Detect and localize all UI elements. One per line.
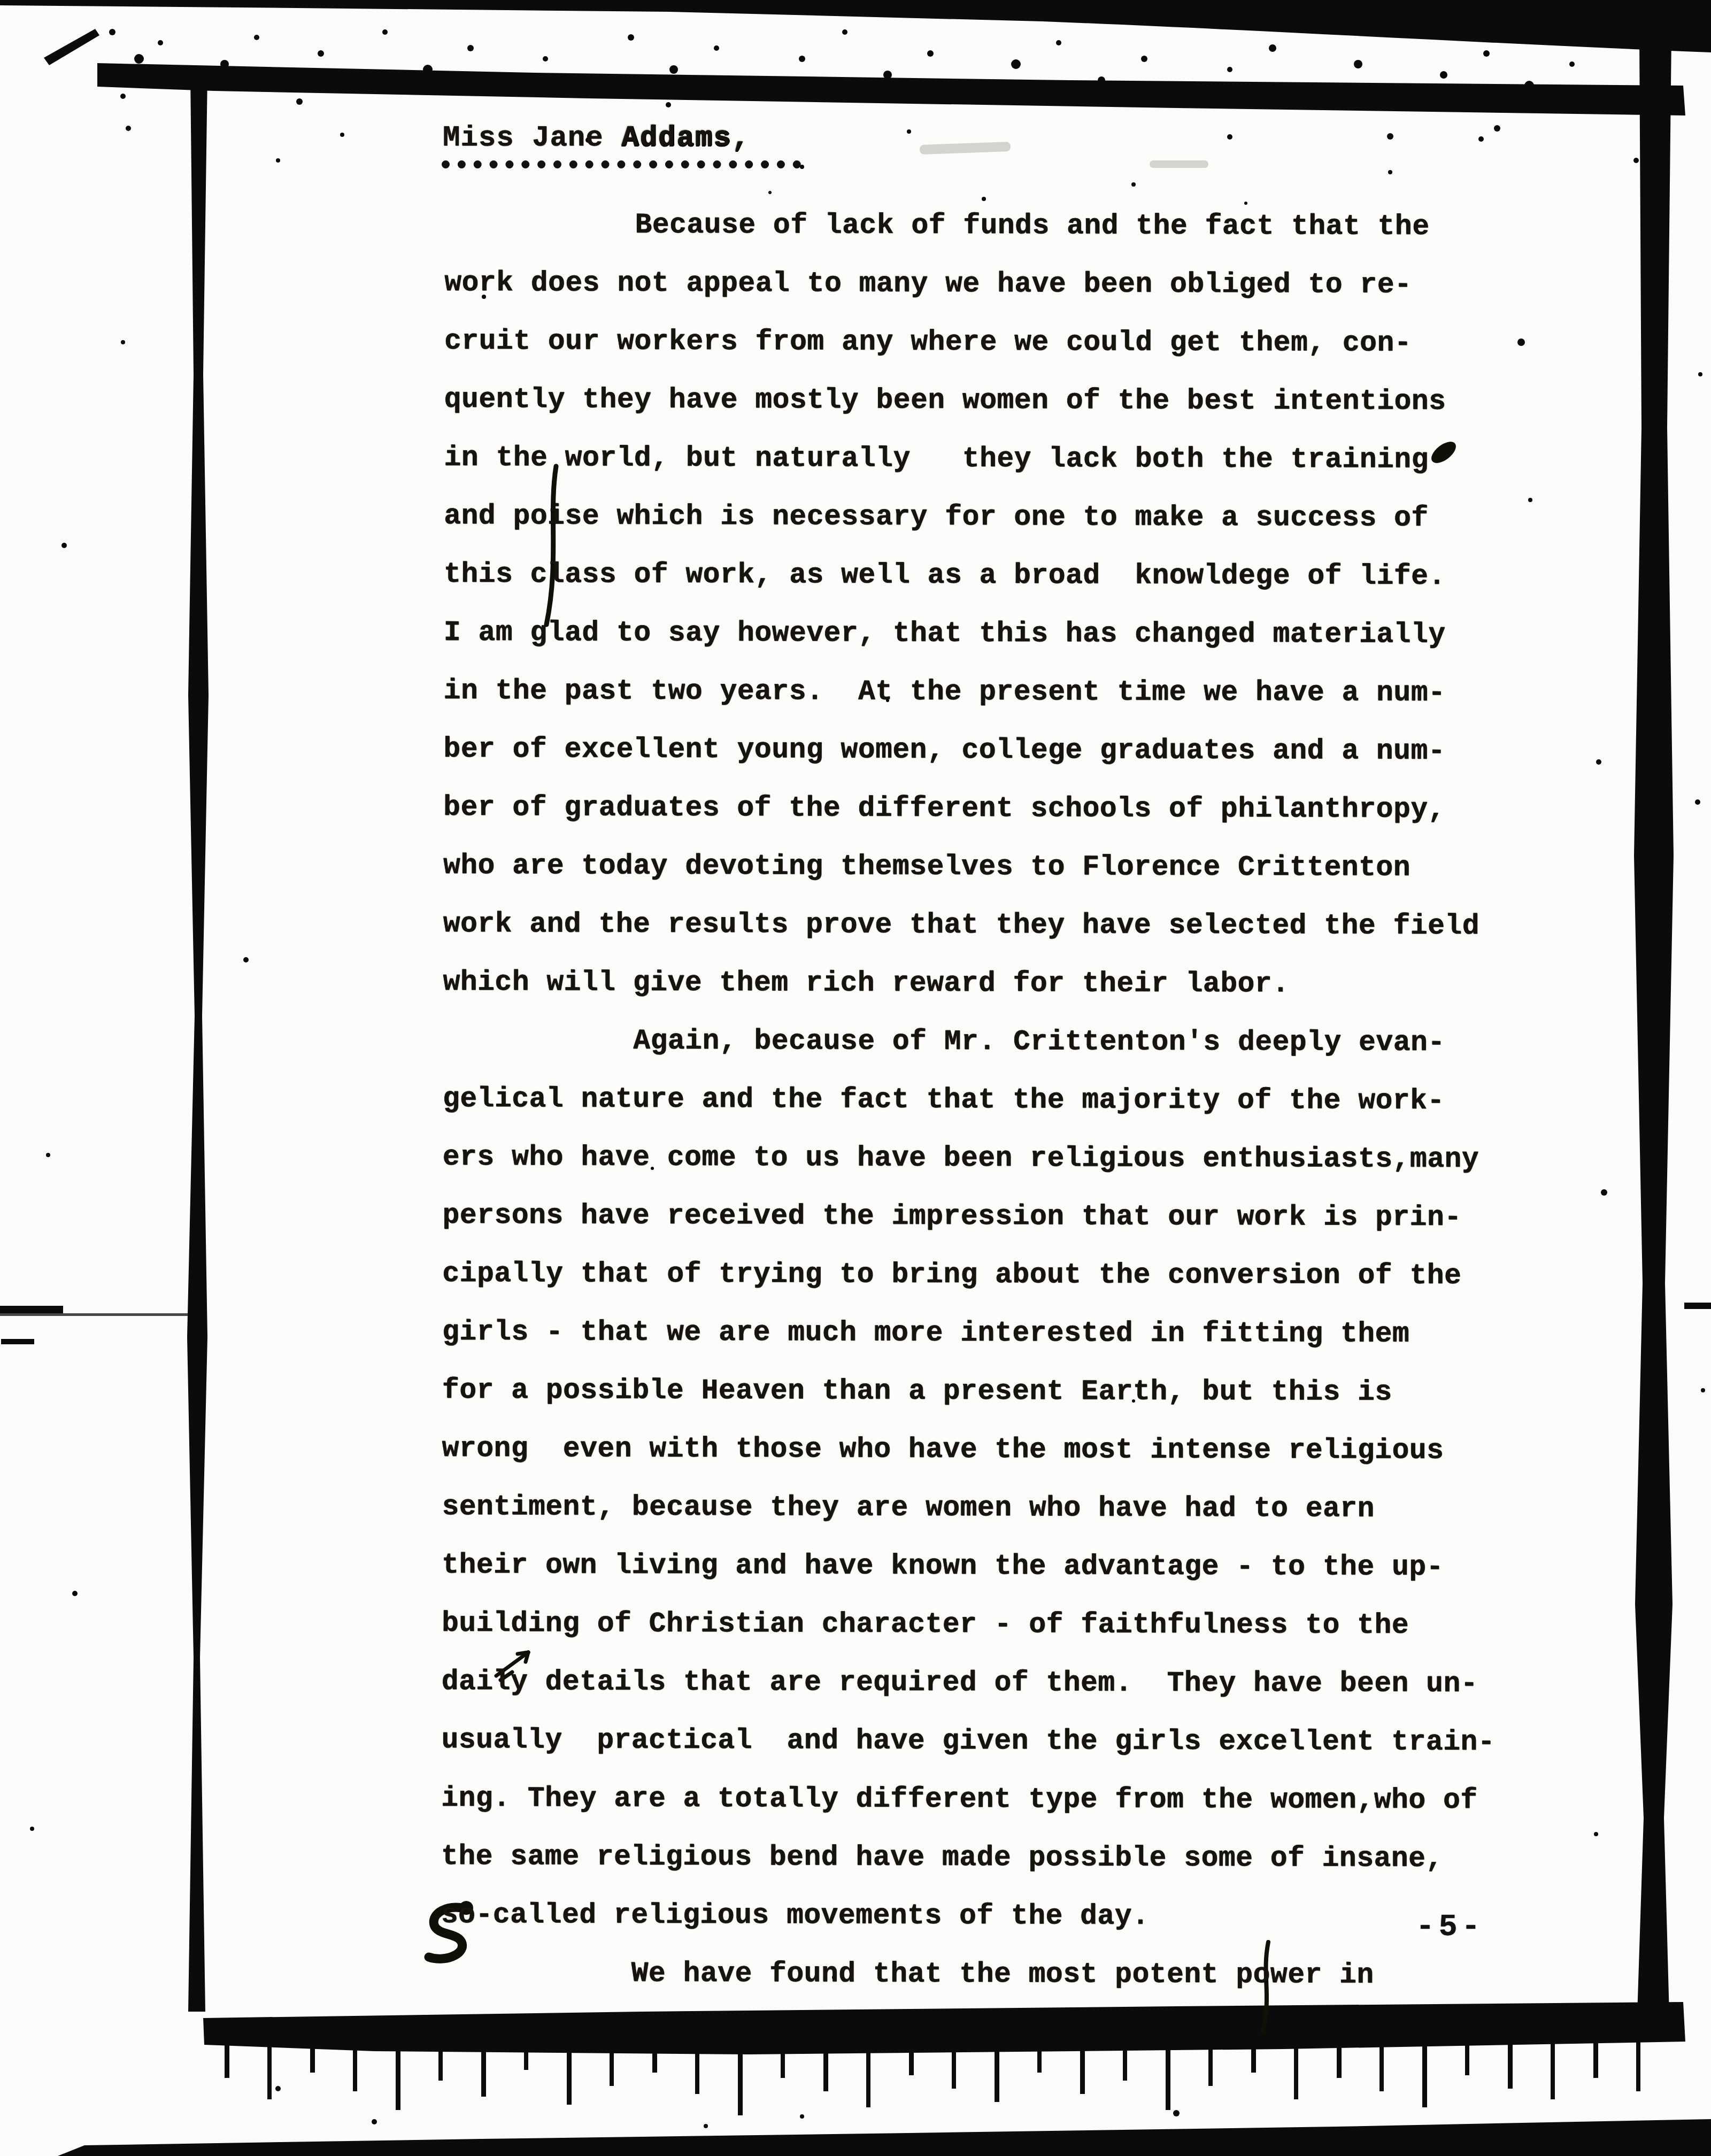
typed-line: work and the results prove that they hav…	[443, 895, 1539, 956]
scan-edge-bottom	[58, 2119, 1711, 2156]
typed-line: ers who have come to us have been religi…	[443, 1128, 1539, 1189]
typed-line: so-called religious movements of the day…	[441, 1886, 1537, 1946]
typed-line: in the past two years. At the present ti…	[443, 662, 1539, 722]
scan-edge-top	[0, 0, 1711, 52]
typed-line: wrong even with those who have the most …	[442, 1420, 1538, 1480]
typed-line: cipally that of trying to bring about th…	[442, 1245, 1538, 1305]
typed-line: this class of work, as well as a broad k…	[444, 545, 1540, 606]
typed-line: Again, because of Mr. Crittenton's deepl…	[443, 1012, 1539, 1072]
addressee-prefix: Miss Jane	[443, 122, 621, 155]
typed-line: I am glad to say however, that this has …	[444, 604, 1540, 664]
ghost-smudge	[920, 142, 1011, 155]
scan-bar-bottom	[203, 2002, 1685, 2054]
scan-edge-left	[187, 75, 209, 2012]
typed-line: work does not appeal to many we have bee…	[444, 254, 1540, 314]
page-number: -5-	[1416, 1910, 1484, 1945]
addressee-line: Miss Jane Addams,	[443, 122, 750, 155]
scan-bar-top	[97, 63, 1685, 115]
ghost-smudge	[1150, 160, 1208, 168]
typed-line: Because of lack of funds and the fact th…	[444, 196, 1540, 256]
typed-line: which will give them rich reward for the…	[443, 953, 1539, 1014]
scan-noise-top	[109, 29, 1639, 174]
typed-line: building of Christian character - of fai…	[442, 1595, 1538, 1655]
typed-line: ing. They are a totally different type f…	[441, 1769, 1537, 1830]
typed-line: in the world, but naturally they lack bo…	[444, 429, 1540, 489]
typed-line: ber of graduates of the different school…	[443, 779, 1539, 839]
typed-line: ber of excellent young women, college gr…	[443, 720, 1539, 781]
addressee-name: Addams,	[621, 122, 750, 155]
typed-line: quently they have mostly been women of t…	[444, 371, 1540, 431]
typed-line: and poise which is necessary for one to …	[444, 487, 1540, 548]
typed-line: who are today devoting themselves to Flo…	[443, 837, 1539, 897]
scanned-document-page: Miss Jane Addams, Because of lack of fun…	[0, 0, 1711, 2156]
header-underline	[442, 152, 801, 168]
typed-line: girls - that we are much more interested…	[442, 1303, 1538, 1364]
scan-edge-right	[1634, 37, 1674, 2015]
typed-line: daily details that are required of them.…	[442, 1653, 1538, 1713]
typed-line: cruit our workers from any where we coul…	[444, 312, 1540, 373]
letter-body: Because of lack of funds and the fact th…	[441, 196, 1540, 2005]
typed-line: We have found that the most potent power…	[441, 1944, 1537, 2005]
typed-line: usually practical and have given the gir…	[441, 1711, 1537, 1772]
typed-line: sentiment, because they are women who ha…	[442, 1478, 1538, 1538]
typed-line: their own living and have known the adva…	[442, 1536, 1538, 1597]
typed-line: for a possible Heaven than a present Ear…	[442, 1361, 1538, 1422]
typed-line: persons have received the impression tha…	[442, 1187, 1538, 1247]
typed-line: gelical nature and the fact that the maj…	[443, 1070, 1539, 1130]
typed-line: the same religious bend have made possib…	[441, 1828, 1537, 1888]
